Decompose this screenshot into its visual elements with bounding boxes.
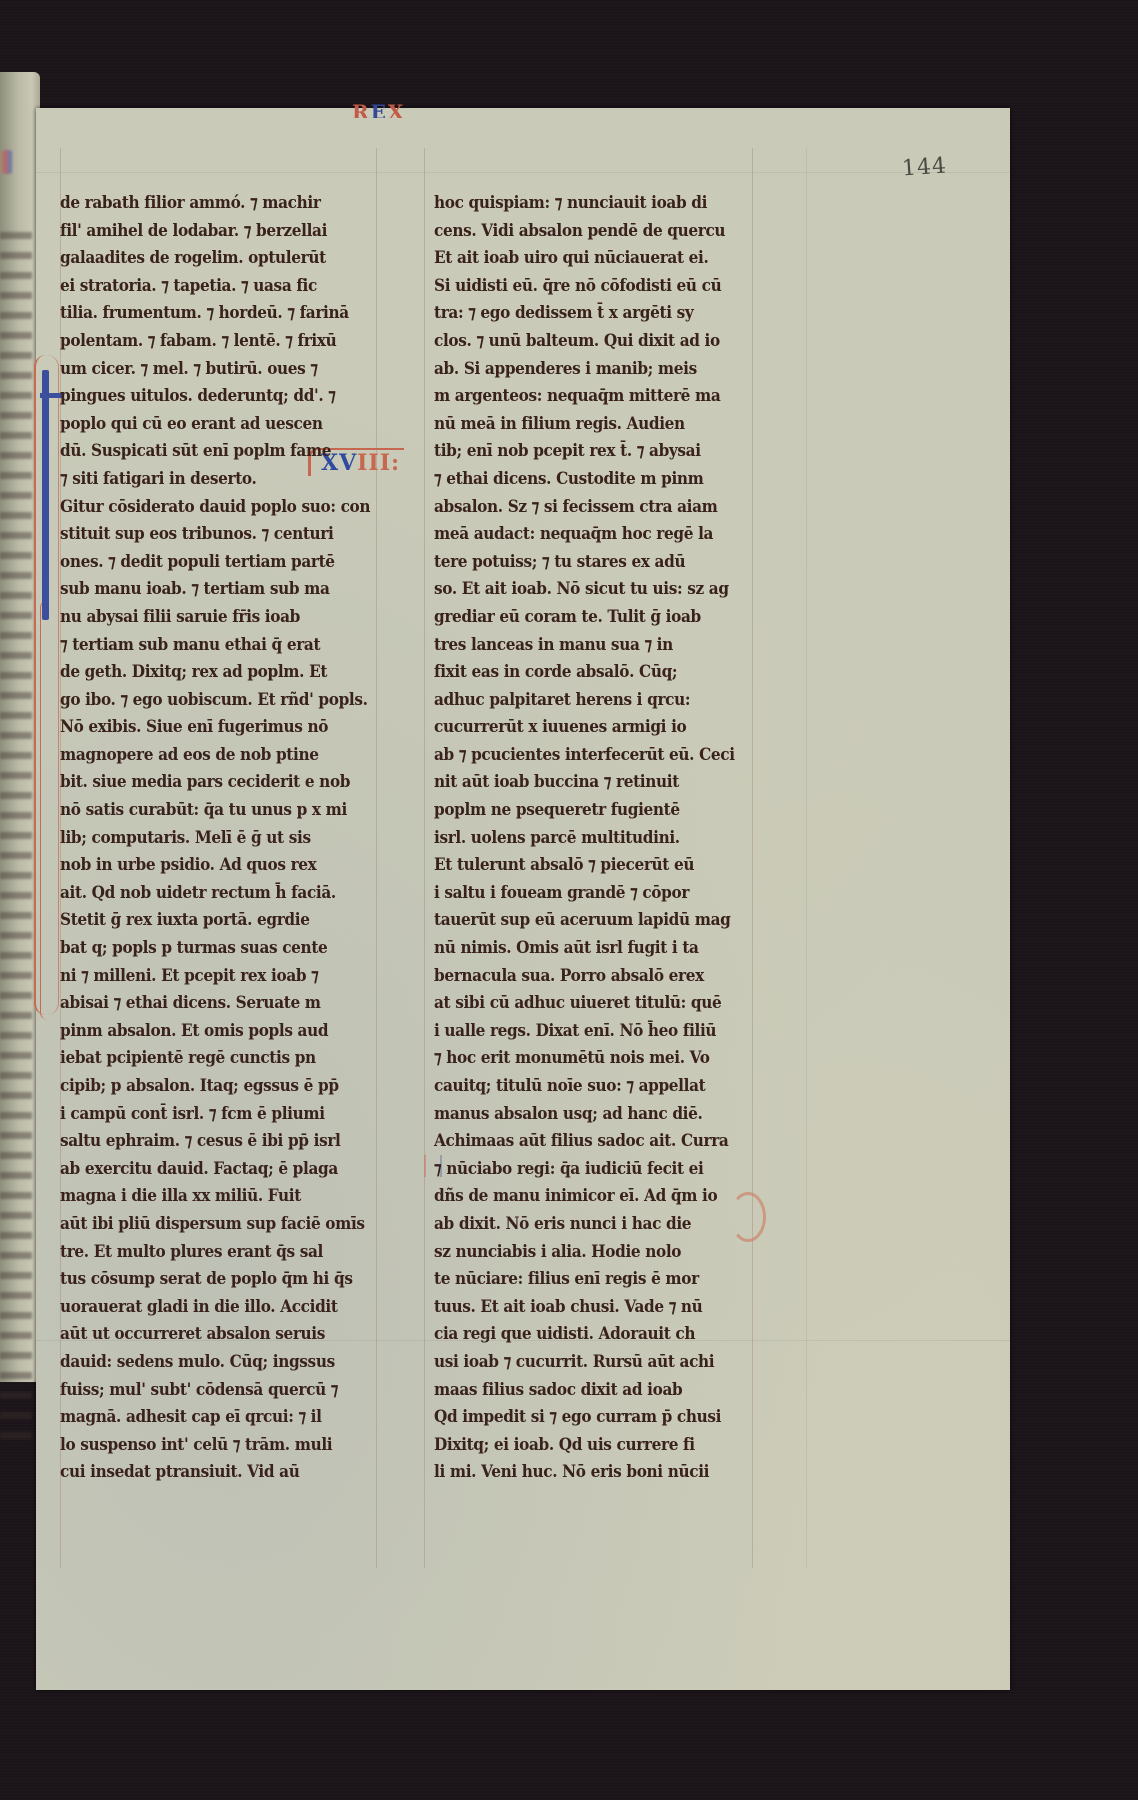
- running-header: REX: [352, 100, 405, 118]
- text-line: poplm ne psequeretr fugientē: [434, 797, 745, 825]
- text-line: cens. Vidi absalon pendē de quercu: [434, 218, 745, 246]
- text-line: sz nunciabis i alia. Hodie nolo: [434, 1239, 745, 1267]
- text-line: aūt ut occurreret absalon seruis: [60, 1321, 371, 1349]
- text-line: tuus. Et ait ioab chusi. Vade ⁊ nū: [434, 1294, 745, 1322]
- text-line: fixit eas in corde absalō. Cūq;: [434, 659, 745, 687]
- text-line: i ualle regs. Dixat enī. Nō h̄eo filiū: [434, 1018, 745, 1046]
- previous-leaf-text-blur: [0, 232, 32, 1452]
- initial-flourish-red-inner: [40, 600, 55, 1020]
- text-column-b: hoc quispiam: ⁊ nunciauit ioab dicens. V…: [434, 190, 779, 1487]
- text-line: magnopere ad eos de nob ptine: [60, 742, 371, 770]
- text-line: abisai ⁊ ethai dicens. Seruate m: [60, 990, 371, 1018]
- text-line: ⁊ tertiam sub manu ethai q̄ erat: [60, 632, 371, 660]
- text-line: tere potuiss; ⁊ tu stares ex adū: [434, 549, 745, 577]
- text-line: dauid: sedens mulo. Cūq; ingssus: [60, 1349, 371, 1377]
- text-column-a: de rabath filior ammó. ⁊ machirfil' amih…: [60, 190, 405, 1487]
- text-line: ⁊ ethai dicens. Custodite m pinm: [434, 466, 745, 494]
- text-line: ⁊ siti fatigari in deserto.: [60, 466, 371, 494]
- text-line: te nūciare: filius enī regis ē mor: [434, 1266, 745, 1294]
- text-line: clos. ⁊ unū balteum. Qui dixit ad io: [434, 328, 745, 356]
- text-line: cipib; p absalon. Itaq; egssus ē pp̄: [60, 1073, 371, 1101]
- text-line: nō satis curabūt: q̄a tu unus p x mi: [60, 797, 371, 825]
- text-line: Dixitq; ei ioab. Qd uis currere fi: [434, 1432, 745, 1460]
- text-line: tra: ⁊ ego dedissem t̄ x argēti sy: [434, 300, 745, 328]
- text-line: nū meā in filium regis. Audien: [434, 411, 745, 439]
- text-line: cucurrerūt x iuuenes armigi io: [434, 714, 745, 742]
- text-line: at sibi cū adhuc uiueret titulū: quē: [434, 990, 745, 1018]
- text-line: lib; computaris. Melī ē ḡ ut sis: [60, 825, 371, 853]
- text-line: Si uidisti eū. q̄re nō cōfodisti eū cū: [434, 273, 745, 301]
- text-line: de rabath filior ammó. ⁊ machir: [60, 190, 371, 218]
- running-header-letter: R: [352, 100, 371, 118]
- text-line: bat q; popls p turmas suas cente: [60, 935, 371, 963]
- text-line: nū nimis. Omis aūt isrl fugit i ta: [434, 935, 745, 963]
- text-line: Stetit ḡ rex iuxta portā. egrdie: [60, 907, 371, 935]
- text-line: m argenteos: nequaq̄m mitterē ma: [434, 383, 745, 411]
- text-line: Achimaas aūt filius sadoc ait. Curra: [434, 1128, 745, 1156]
- text-line: uorauerat gladi in die illo. Accidit: [60, 1294, 371, 1322]
- decorated-initial-I: [42, 370, 49, 620]
- text-line: meā audact: nequaq̄m hoc regē la: [434, 521, 745, 549]
- text-line: ait. Qd nob uidetr rectum h̄ faciā.: [60, 880, 371, 908]
- text-line: ⁊ nūciabo regi: q̄a iudiciū fecit ei: [434, 1156, 745, 1184]
- text-line: maas filius sadoc dixit ad ioab: [434, 1377, 745, 1405]
- text-line: dū. Suspicati sūt enī poplm fame: [60, 438, 371, 466]
- text-line: ab exercitu dauid. Factaq; ē plaga: [60, 1156, 371, 1184]
- text-line: hoc quispiam: ⁊ nunciauit ioab di: [434, 190, 745, 218]
- ruling-top: [36, 172, 1010, 173]
- text-line: ⁊ hoc erit monumētū nois mei. Vo: [434, 1045, 745, 1073]
- decorated-initial-serif: [40, 393, 62, 398]
- text-line: li mi. Veni huc. Nō eris boni nūcii: [434, 1459, 745, 1487]
- text-line: polentam. ⁊ fabam. ⁊ lentē. ⁊ frixū: [60, 328, 371, 356]
- text-line: go ibo. ⁊ ego uobiscum. Et rñd' popls.: [60, 687, 371, 715]
- text-line: tres lanceas in manu sua ⁊ in: [434, 632, 745, 660]
- text-line: magnā. adhesit cap eī qrcui: ⁊ il: [60, 1404, 371, 1432]
- text-line: poplo qui cū eo erant ad uescen: [60, 411, 371, 439]
- text-line: fuiss; mul' subt' cōdensā quercū ⁊: [60, 1377, 371, 1405]
- text-line: aūt ibi pliū dispersum sup faciē omīs: [60, 1211, 371, 1239]
- text-line: ni ⁊ milleni. Et pcepit rex ioab ⁊: [60, 963, 371, 991]
- text-line: tib; enī nob pcepit rex t̄. ⁊ abysai: [434, 438, 745, 466]
- text-line: lo suspenso int' celū ⁊ trām. muli: [60, 1432, 371, 1460]
- text-line: tauerūt sup eū aceruum lapidū mag: [434, 907, 745, 935]
- text-line: cauitq; titulū noīe suo: ⁊ appellat: [434, 1073, 745, 1101]
- folio-number: 144: [901, 153, 948, 181]
- text-line: isrl. uolens parcē multitudini.: [434, 825, 745, 853]
- text-line: ones. ⁊ dedit populi tertiam partē: [60, 549, 371, 577]
- text-line: cui insedat ptransiuit. Vid aū: [60, 1459, 371, 1487]
- text-line: galaadites de rogelim. optulerūt: [60, 245, 371, 273]
- text-line: absalon. Sz ⁊ si fecissem ctra aiam: [434, 494, 745, 522]
- text-line: magna i die illa xx miliū. Fuit: [60, 1183, 371, 1211]
- text-line: grediar eū coram te. Tulit ḡ ioab: [434, 604, 745, 632]
- text-line: bit. siue media pars ceciderit e nob: [60, 769, 371, 797]
- text-line: ab dixit. Nō eris nunci i hac die: [434, 1211, 745, 1239]
- text-line: Et tulerunt absalō ⁊ piecerūt eū: [434, 852, 745, 880]
- text-line: Nō exibis. Siue enī fugerimus nō: [60, 714, 371, 742]
- text-line: i saltu i foueam grandē ⁊ cōpor: [434, 880, 745, 908]
- text-line: de geth. Dixitq; rex ad poplm. Et: [60, 659, 371, 687]
- text-line: nu abysai filii saruie fr̄is ioab: [60, 604, 371, 632]
- text-line: ei stratoria. ⁊ tapetia. ⁊ uasa fic: [60, 273, 371, 301]
- text-line: tre. Et multo plures erant q̄s sal: [60, 1239, 371, 1267]
- text-line: Qd impedit si ⁊ ego curram p̄ chusi: [434, 1404, 745, 1432]
- text-line: Gitur cōsiderato dauid poplo suo: con: [60, 494, 371, 522]
- text-line: ab. Si appenderes i manib; meis: [434, 356, 745, 384]
- text-line: nit aūt ioab buccina ⁊ retinuit: [434, 769, 745, 797]
- text-line: pinm absalon. Et omis popls aud: [60, 1018, 371, 1046]
- text-line: iebat pcipientē regē cunctis pn: [60, 1045, 371, 1073]
- text-line: cia regi que uidisti. Adorauit ch: [434, 1321, 745, 1349]
- ruling-outer-margin: [806, 148, 807, 1568]
- text-line: bernacula sua. Porro absalō erex: [434, 963, 745, 991]
- text-line: pingues uitulos. dederuntq; dd'. ⁊: [60, 383, 371, 411]
- running-header-letter: E: [371, 100, 388, 118]
- ruling-col-b-left: [424, 148, 425, 1568]
- text-line: stituit sup eos tribunos. ⁊ centuri: [60, 521, 371, 549]
- text-line: Et ait ioab uiro qui nūciauerat ei.: [434, 245, 745, 273]
- running-header-letter: X: [388, 100, 406, 118]
- text-line: usi ioab ⁊ cucurrit. Rursū aūt achi: [434, 1349, 745, 1377]
- text-line: nob in urbe psidio. Ad quos rex: [60, 852, 371, 880]
- text-line: manus absalon usq; ad hanc diē.: [434, 1101, 745, 1129]
- text-line: so. Et ait ioab. Nō sicut tu uis: sz ag: [434, 576, 745, 604]
- text-line: ab ⁊ pcucientes interfecerūt eū. Ceci: [434, 742, 745, 770]
- text-line: um cicer. ⁊ mel. ⁊ butirū. oues ⁊: [60, 356, 371, 384]
- text-line: adhuc palpitaret herens i qrcu:: [434, 687, 745, 715]
- text-line: tilia. frumentum. ⁊ hordeū. ⁊ farinā: [60, 300, 371, 328]
- text-line: saltu ephraim. ⁊ cesus ē ibi pp̄ isrl: [60, 1128, 371, 1156]
- text-line: sub manu ioab. ⁊ tertiam sub ma: [60, 576, 371, 604]
- text-line: fil' amihel de lodabar. ⁊ berzellai: [60, 218, 371, 246]
- previous-leaf-rubric: [2, 150, 12, 174]
- text-line: tus cōsump serat de poplo q̄m hi q̄s: [60, 1266, 371, 1294]
- text-line: i campū cont̄ isrl. ⁊ fcm ē pliumi: [60, 1101, 371, 1129]
- text-line: dñs de manu inimicor eī. Ad q̄m io: [434, 1183, 745, 1211]
